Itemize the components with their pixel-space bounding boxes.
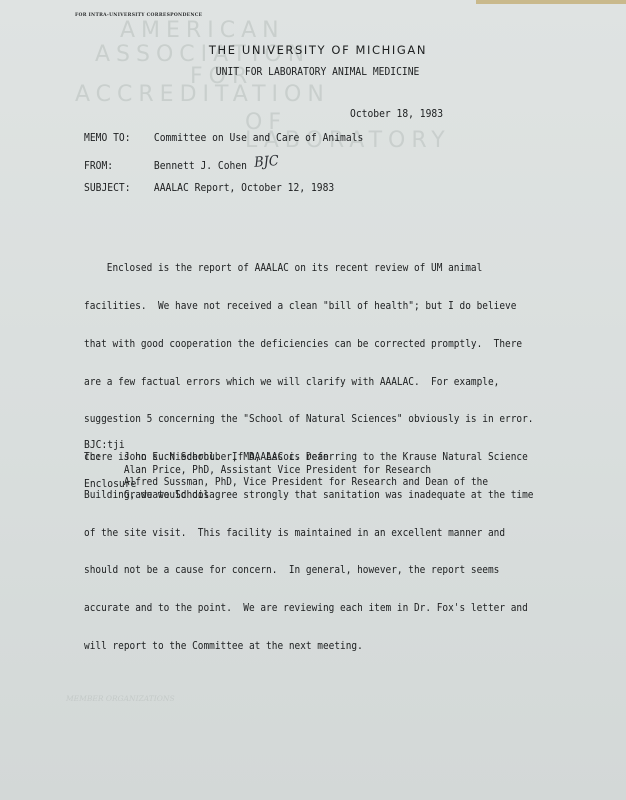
body-line: suggestion 5 concerning the "School of N… — [84, 413, 570, 426]
cc-recipients: John E. Niederhuber, MD, Assoc. Dean Ala… — [124, 451, 488, 501]
university-name: THE UNIVERSITY OF MICHIGAN — [0, 43, 626, 57]
cc-label: cc: — [84, 451, 118, 464]
bleed-through-text: ACCREDITATION — [75, 82, 330, 107]
cc-recipient: John E. Niederhuber, MD, Assoc. Dean — [124, 451, 488, 464]
memo-from-label: FROM: — [84, 160, 154, 172]
body-line: that with good cooperation the deficienc… — [84, 338, 570, 351]
memo-subject-label: SUBJECT: — [84, 182, 154, 194]
body-line: of the site visit. This facility is main… — [84, 527, 570, 540]
routing-note: For Intra-University Correspondence — [75, 13, 202, 18]
cc-recipient: Graduate School — [124, 489, 488, 502]
memo-subject-line: SUBJECT:AAALAC Report, October 12, 1983 — [84, 182, 334, 194]
memo-from-line: FROM:Bennett J. CohenBJC — [84, 157, 279, 173]
cc-recipient: Alfred Sussman, PhD, Vice President for … — [124, 476, 488, 489]
body-line: facilities. We have not received a clean… — [84, 300, 570, 313]
memo-to-line: MEMO TO:Committee on Use and Care of Ani… — [84, 132, 363, 144]
body-line: should not be a cause for concern. In ge… — [84, 564, 570, 577]
memo-from-value: Bennett J. Cohen — [154, 160, 247, 172]
body-line: accurate and to the point. We are review… — [84, 602, 570, 615]
body-line: Enclosed is the report of AAALAC on its … — [84, 262, 570, 275]
body-line: are a few factual errors which we will c… — [84, 376, 570, 389]
memo-subject-value: AAALAC Report, October 12, 1983 — [154, 182, 334, 194]
cc-recipient: Alan Price, PhD, Assistant Vice Presiden… — [124, 464, 488, 477]
memo-date: October 18, 1983 — [350, 108, 443, 120]
memo-to-label: MEMO TO: — [84, 132, 154, 144]
bleed-through-text: AMERICAN — [120, 18, 285, 43]
paper-edge — [476, 0, 626, 4]
memo-to-value: Committee on Use and Care of Animals — [154, 132, 363, 144]
body-line: will report to the Committee at the next… — [84, 640, 570, 653]
cc-block: cc: John E. Niederhuber, MD, Assoc. Dean… — [84, 451, 488, 501]
memo-page: AMERICAN ASSOCIATION FOR ACCREDITATION O… — [0, 0, 626, 800]
handwritten-signature: BJC — [254, 153, 279, 171]
bleed-through-footer: MEMBER ORGANIZATIONS — [66, 694, 506, 704]
unit-name: UNIT FOR LABORATORY ANIMAL MEDICINE — [25, 66, 601, 78]
